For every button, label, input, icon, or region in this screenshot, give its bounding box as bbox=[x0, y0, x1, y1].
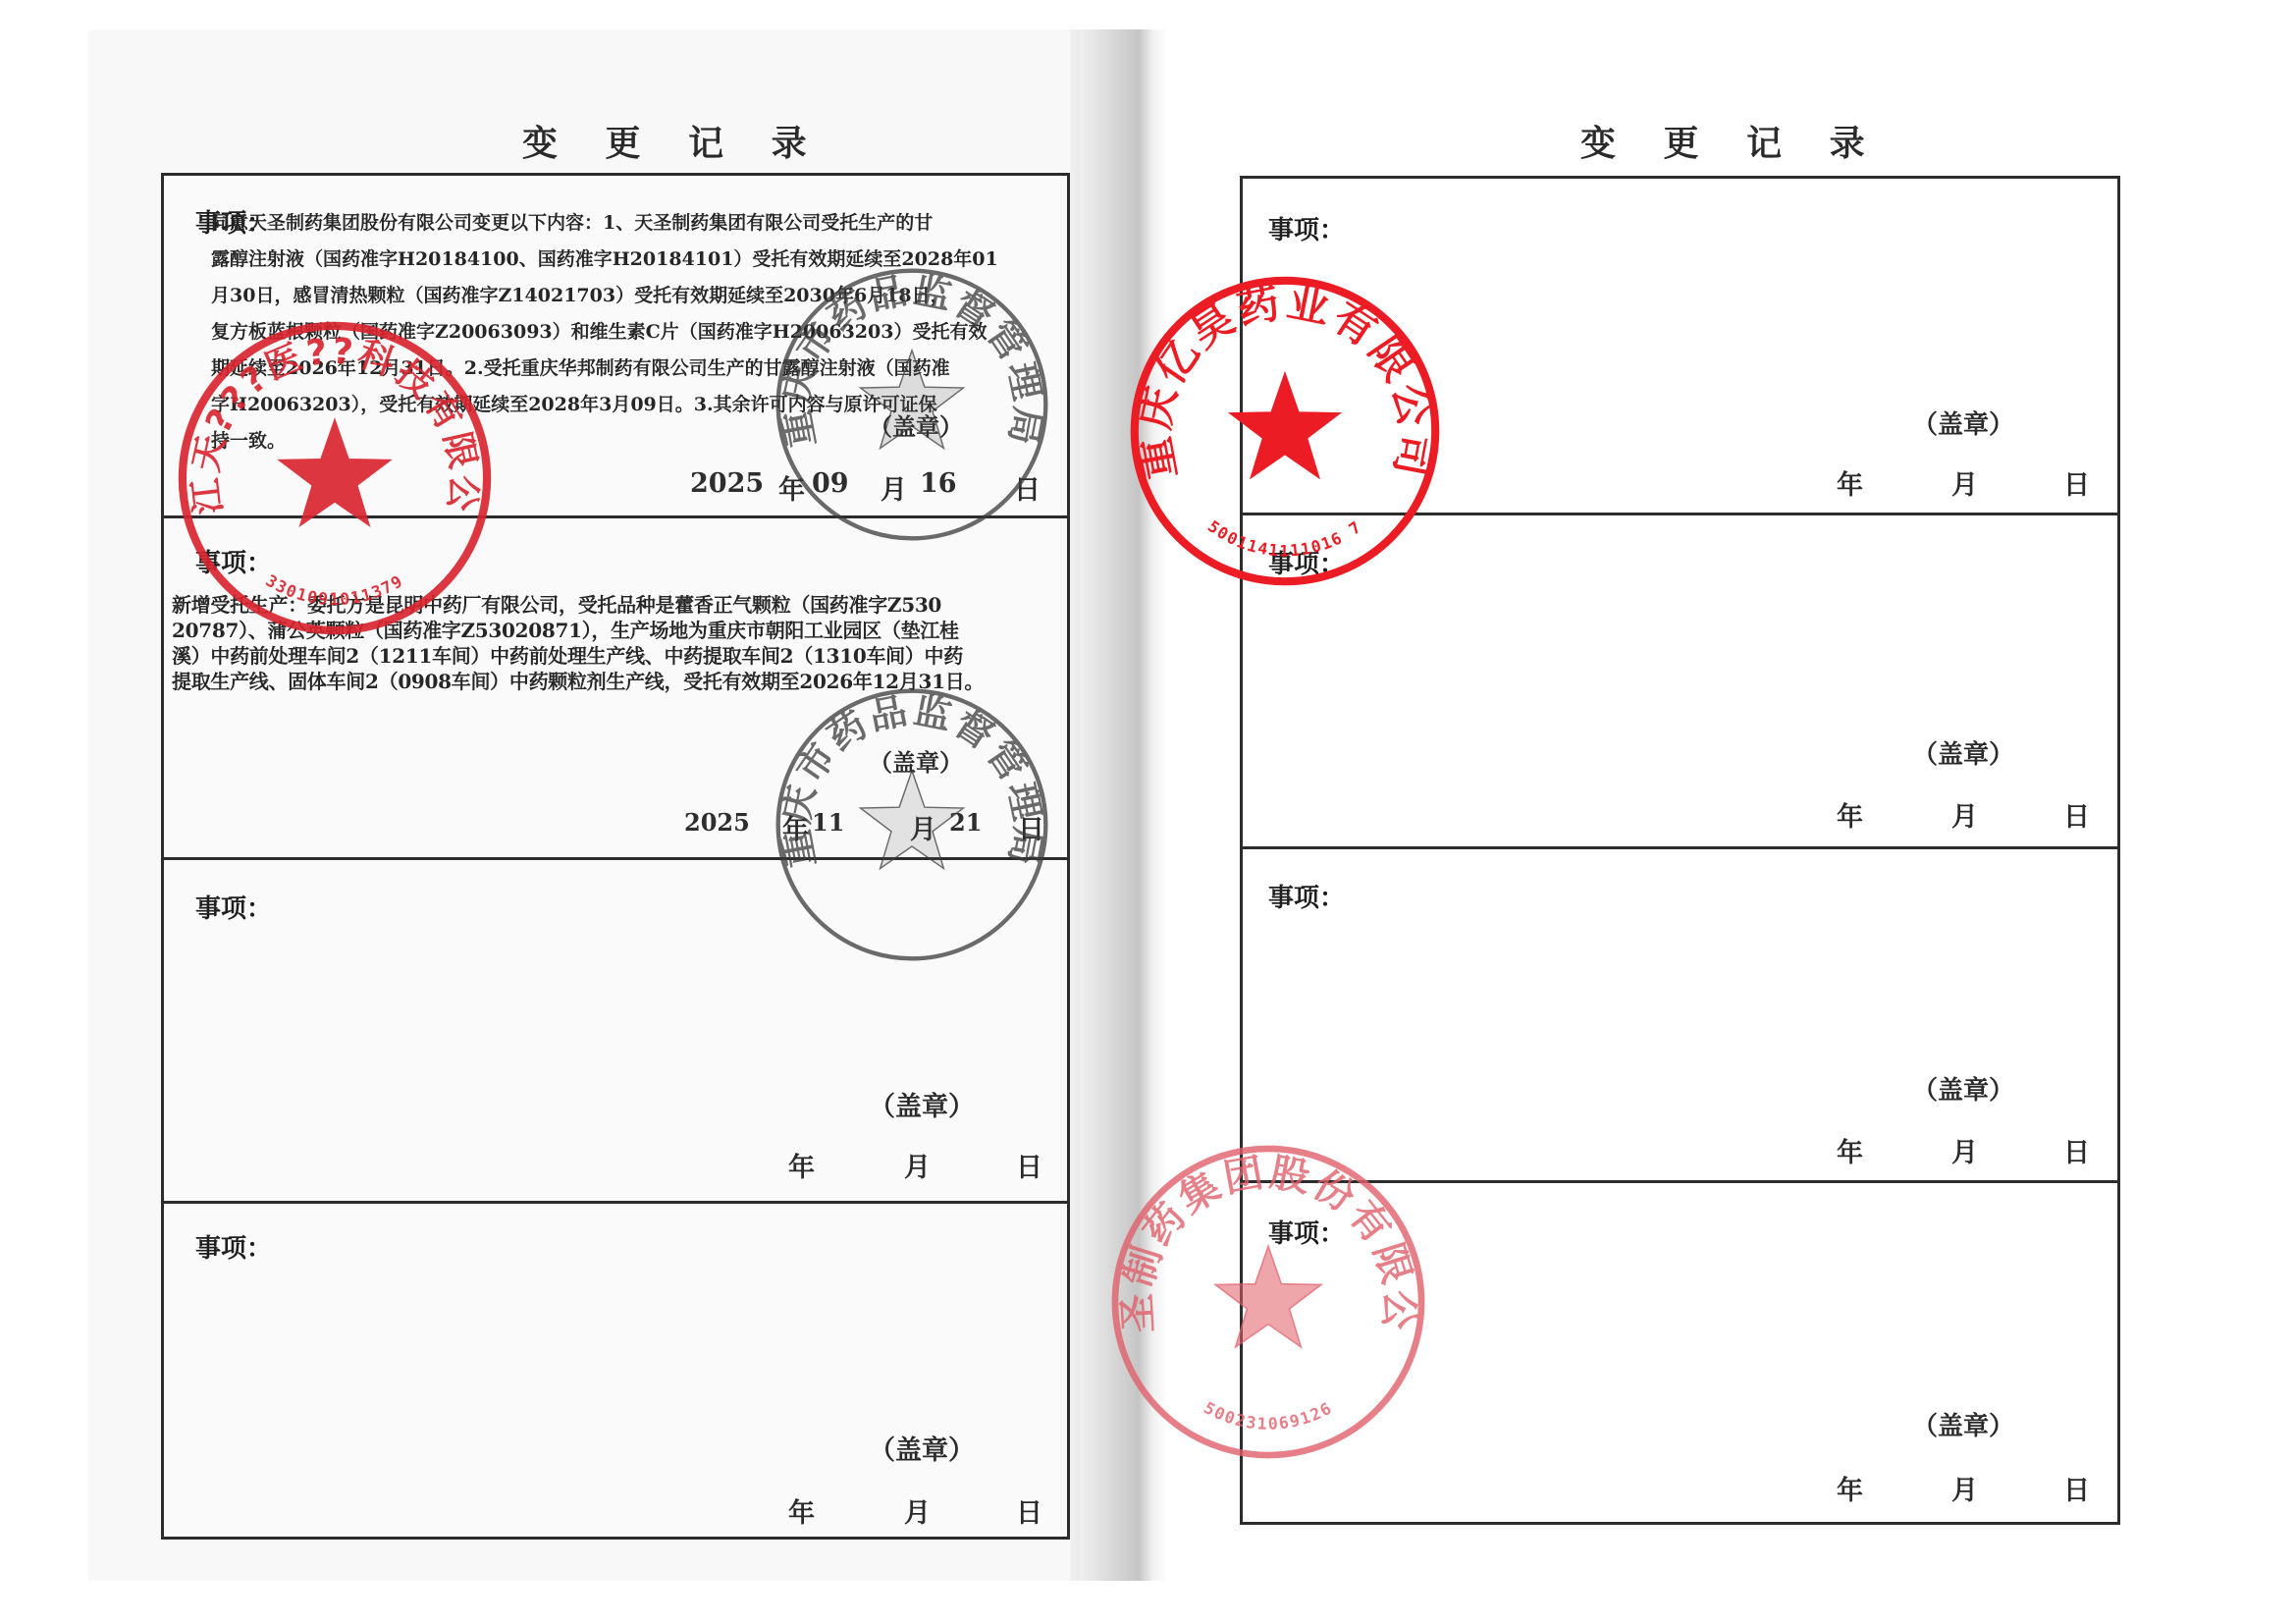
record-text-line: 溪）中药前处理车间2（1211车间）中药前处理生产线、中药提取车间2（1310车… bbox=[172, 643, 1055, 669]
seal-placeholder: （盖章） bbox=[1912, 1406, 2014, 1442]
date-day-unit: 日 bbox=[2063, 463, 2090, 502]
page-title-right: 变 更 记 录 bbox=[1580, 116, 1883, 166]
date-month-unit: 月 bbox=[904, 1491, 931, 1530]
date-month-unit: 月 bbox=[1951, 1469, 1978, 1507]
date-day-unit: 日 bbox=[2063, 795, 2090, 834]
page-title-left: 变 更 记 录 bbox=[522, 116, 825, 166]
date-year-unit: 年 bbox=[788, 1491, 815, 1530]
red-company-seal-icon: 重庆亿昊药业有限公司5001141111016 7 bbox=[1125, 271, 1445, 591]
date-year-unit: 年 bbox=[1837, 1131, 1863, 1169]
record-label: 事项： bbox=[195, 1228, 272, 1265]
date-year: 2025 bbox=[684, 808, 750, 837]
date-year-unit: 年 bbox=[1837, 795, 1863, 834]
red-company-seal-icon: 天圣制药集团股份有限公司500231069126 bbox=[1105, 1139, 1431, 1465]
red-company-seal-icon: 浙江天???医??科技有限公司3301091011379 bbox=[173, 316, 497, 640]
date-day-unit: 日 bbox=[1016, 1491, 1042, 1530]
svg-text:500231069126: 500231069126 bbox=[1201, 1398, 1335, 1434]
date-month-unit: 月 bbox=[1951, 795, 1978, 834]
date-year: 2025 bbox=[690, 468, 764, 499]
seal-placeholder: （盖章） bbox=[1912, 405, 2014, 441]
date-month-unit: 月 bbox=[1951, 463, 1978, 502]
svg-text:3301091011379: 3301091011379 bbox=[262, 571, 406, 609]
date-month-unit: 月 bbox=[904, 1146, 931, 1184]
date-day-unit: 日 bbox=[2063, 1469, 2090, 1507]
row-divider bbox=[164, 1201, 1067, 1204]
record-label: 事项： bbox=[1268, 878, 1345, 914]
svg-text:5001141111016 7: 5001141111016 7 bbox=[1204, 516, 1365, 560]
regulator-seal-icon: 重庆市药品监督管理局 bbox=[770, 677, 1054, 972]
record-label: 事项： bbox=[1268, 210, 1345, 246]
date-year-unit: 年 bbox=[1837, 463, 1863, 502]
regulator-seal-icon: 重庆市药品监督管理局 bbox=[770, 247, 1054, 562]
date-month-unit: 月 bbox=[1951, 1131, 1978, 1169]
record-text-line: 同意天圣制药集团股份有限公司变更以下内容：1、天圣制药集团有限公司受托生产的甘 bbox=[211, 205, 1036, 242]
seal-placeholder: （盖章） bbox=[869, 1429, 975, 1467]
seal-placeholder: （盖章） bbox=[869, 1085, 975, 1123]
seal-placeholder: （盖章） bbox=[1912, 734, 2014, 771]
seal-placeholder: （盖章） bbox=[1912, 1070, 2014, 1107]
date-year-unit: 年 bbox=[1837, 1469, 1863, 1507]
record-label: 事项： bbox=[195, 889, 272, 925]
date-year-unit: 年 bbox=[788, 1146, 815, 1184]
date-day-unit: 日 bbox=[2063, 1131, 2090, 1169]
row-divider bbox=[1243, 846, 2117, 849]
date-day-unit: 日 bbox=[1016, 1146, 1042, 1184]
